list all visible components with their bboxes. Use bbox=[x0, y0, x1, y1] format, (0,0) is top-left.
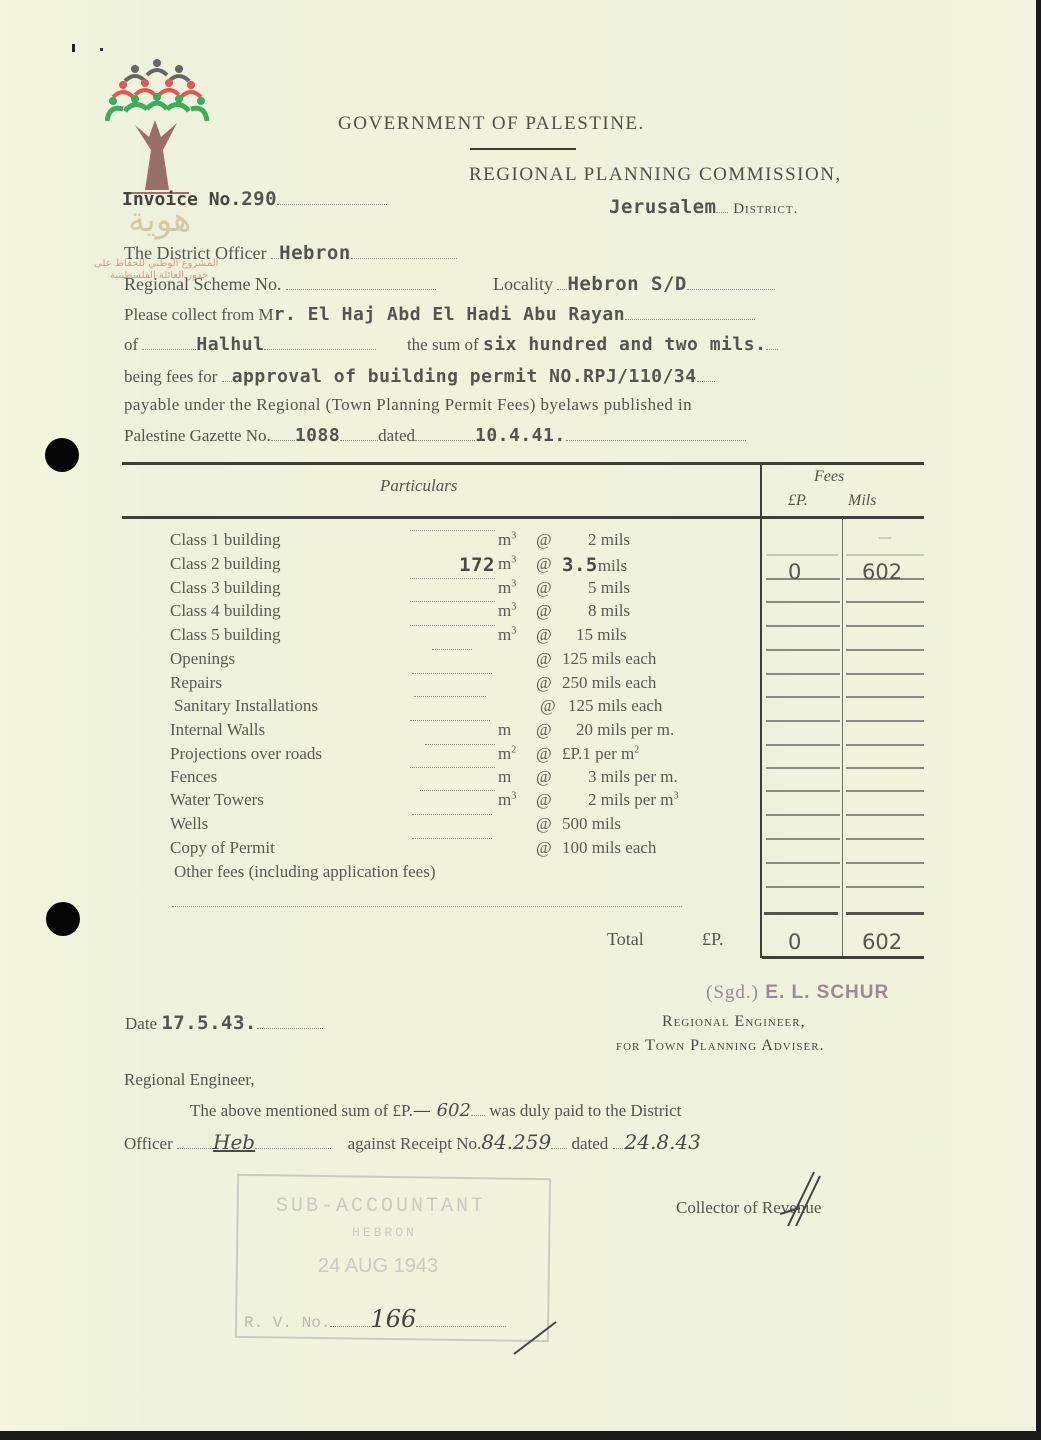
signer-title-2: for Town Planning Adviser. bbox=[616, 1037, 825, 1055]
punch-hole bbox=[46, 902, 80, 936]
date-value: 17.5.43. bbox=[161, 1012, 257, 1034]
invoice-label: Invoice No. bbox=[122, 189, 241, 210]
class2-pounds: 0 bbox=[788, 560, 801, 584]
fees-for-value: approval of building permit NO.RPJ/110/3… bbox=[232, 366, 697, 387]
receipt-addressee: Regional Engineer, bbox=[124, 1070, 255, 1090]
header-particulars: Particulars bbox=[380, 476, 457, 496]
of-value: Halhul bbox=[196, 334, 264, 355]
government-heading: GOVERNMENT OF PALESTINE. bbox=[338, 113, 645, 135]
tree-people-logo-icon bbox=[105, 55, 210, 195]
scan-speck bbox=[100, 48, 103, 51]
table-mils-divider bbox=[842, 518, 843, 958]
punch-hole bbox=[45, 438, 79, 472]
header-mils: Mils bbox=[848, 492, 876, 510]
table-header-rule bbox=[122, 516, 924, 519]
total-pounds: 0 bbox=[788, 930, 801, 954]
paid-sum-handwritten: — 602 bbox=[413, 1100, 471, 1121]
gazette-line: Palestine Gazette No.1088dated10.4.41. bbox=[124, 425, 746, 446]
signer-title: Regional Engineer, bbox=[662, 1013, 806, 1031]
stamp-tick-mark bbox=[510, 1318, 560, 1358]
district-officer-value: Hebron bbox=[279, 242, 351, 264]
receipt-officer-line: Officer Heb against Receipt No.84.259 da… bbox=[124, 1130, 701, 1154]
district-value: Jerusalem bbox=[609, 196, 716, 218]
header-fees: Fees bbox=[814, 468, 844, 486]
class1-mils: — bbox=[878, 530, 892, 546]
of-label: of bbox=[124, 335, 138, 354]
class2-quantity: 172 bbox=[410, 554, 495, 576]
stamp-title: SUB-ACCOUNTANT bbox=[276, 1195, 486, 1218]
other-fees-blank bbox=[172, 906, 682, 907]
stamp-date: 24 AUG 1943 bbox=[318, 1255, 438, 1278]
district-line: Jerusalem District. bbox=[609, 196, 798, 219]
sum-value: six hundred and two mils. bbox=[483, 334, 766, 355]
collector-signature-mark bbox=[770, 1168, 830, 1228]
sum-label: the sum of bbox=[407, 335, 479, 354]
fees-for-label: being fees for bbox=[124, 367, 217, 386]
header-pounds: £P. bbox=[788, 492, 808, 510]
locality-value: Hebron S/D bbox=[567, 273, 686, 295]
gazette-date: 10.4.41. bbox=[475, 425, 566, 446]
heading-rule bbox=[470, 148, 576, 150]
invoice-line: Invoice No.290 bbox=[122, 188, 387, 210]
collect-label: Please collect from M bbox=[124, 305, 274, 324]
commission-heading: REGIONAL PLANNING COMMISSION, bbox=[469, 164, 842, 186]
receipt-number: 84.259 bbox=[481, 1130, 551, 1154]
sum-line: of Halhul the sum of six hundred and two… bbox=[124, 334, 778, 355]
locality-label: Locality bbox=[493, 274, 553, 294]
signature-stamp: (Sgd.) E. L. SCHUR bbox=[706, 982, 889, 1004]
gazette-dated-label: dated bbox=[378, 426, 415, 445]
scheme-line: Regional Scheme No. Locality Hebron S/D bbox=[124, 273, 775, 295]
district-officer-line: The District Officer Hebron bbox=[124, 242, 457, 264]
total-currency: £P. bbox=[702, 929, 724, 950]
scheme-label: Regional Scheme No. bbox=[124, 274, 281, 294]
total-mils: 602 bbox=[862, 930, 902, 954]
gazette-label: Palestine Gazette No. bbox=[124, 426, 271, 445]
stamp-rv-line: R. V. No.166 bbox=[244, 1305, 506, 1333]
scan-speck bbox=[72, 44, 75, 52]
stamp-location: HEBRON bbox=[352, 1225, 417, 1240]
rv-number: 166 bbox=[370, 1305, 416, 1333]
payer-name: r. El Haj Abd El Hadi Abu Rayan bbox=[274, 304, 625, 325]
invoice-number: 290 bbox=[241, 188, 277, 210]
district-officer-label: The District Officer bbox=[124, 243, 267, 263]
receipt-sum-line: The above mentioned sum of £P.— 602 was … bbox=[190, 1100, 681, 1121]
gazette-number: 1088 bbox=[295, 425, 340, 446]
table-fees-divider bbox=[760, 462, 762, 958]
total-label: Total bbox=[607, 929, 644, 950]
payable-line: payable under the Regional (Town Plannin… bbox=[124, 395, 692, 415]
table-top-rule bbox=[122, 462, 924, 465]
table-bottom-rule bbox=[762, 956, 924, 959]
date-label: Date bbox=[125, 1014, 157, 1033]
district-label: District. bbox=[733, 201, 798, 217]
receipt-date: 24.8.43 bbox=[625, 1130, 701, 1154]
collect-from-line: Please collect from Mr. El Haj Abd El Ha… bbox=[124, 304, 755, 325]
scheme-value bbox=[286, 289, 436, 290]
class2-mils: 602 bbox=[862, 560, 902, 584]
officer-signature: Heb bbox=[213, 1130, 255, 1154]
document-page: هوية المشروع الوطني للحفاظ على جذور العا… bbox=[0, 0, 1036, 1431]
fees-for-line: being fees for approval of building perm… bbox=[124, 366, 715, 387]
date-line: Date 17.5.43. bbox=[125, 1012, 323, 1034]
